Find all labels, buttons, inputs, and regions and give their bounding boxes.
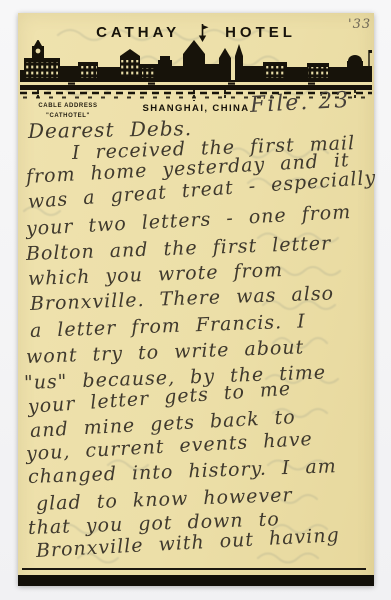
date-annotation: File. 23 [249, 88, 351, 118]
letter-paper: CATHAY HOTEL [18, 13, 374, 586]
hotel-name-left: CATHAY [96, 24, 180, 41]
scanned-letter-page: CATHAY HOTEL [0, 0, 391, 600]
hotel-name-right: HOTEL [225, 24, 296, 41]
year-annotation: '33 [348, 17, 371, 32]
bottom-rule [22, 568, 366, 570]
scan-edge-band [18, 575, 374, 586]
